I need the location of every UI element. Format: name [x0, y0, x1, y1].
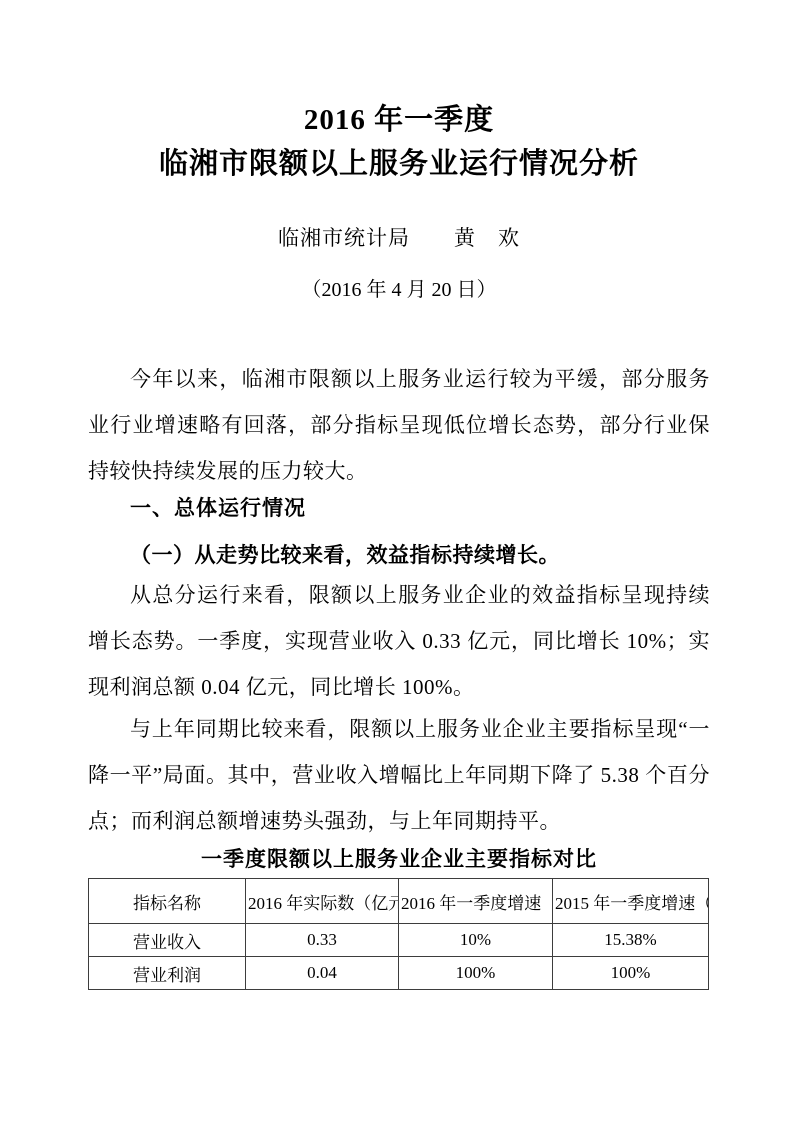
table-cell: 10%	[399, 924, 553, 957]
table-cell: 0.33	[246, 924, 399, 957]
table-cell: 营业利润	[89, 957, 246, 990]
paragraph-yoy-comparison: 与上年同期比较来看，限额以上服务业企业主要指标呈现“一降一平”局面。其中，营业收…	[88, 706, 710, 844]
table-header-row: 指标名称 2016 年实际数（亿元） 2016 年一季度增速（%） 2015 年…	[89, 879, 709, 924]
table-header-actual-2016: 2016 年实际数（亿元）	[246, 879, 399, 924]
date-line: （2016 年 4 月 20 日）	[88, 278, 710, 302]
table-header-indicator-name: 指标名称	[89, 879, 246, 924]
table-cell: 0.04	[246, 957, 399, 990]
table-row-profit: 营业利润 0.04 100% 100%	[89, 957, 709, 990]
table-cell: 100%	[553, 957, 709, 990]
paragraph-benefit-indicators: 从总分运行来看，限额以上服务业企业的效益指标呈现持续增长态势。一季度，实现营业收…	[88, 572, 710, 710]
title-block: 2016 年一季度 临湘市限额以上服务业运行情况分析	[88, 98, 710, 186]
paragraph-intro: 今年以来，临湘市限额以上服务业运行较为平缓，部分服务业行业增速略有回落，部分指标…	[88, 356, 710, 494]
indicators-table: 指标名称 2016 年实际数（亿元） 2016 年一季度增速（%） 2015 年…	[88, 878, 709, 990]
table-header-growth-2016: 2016 年一季度增速（%）	[399, 879, 553, 924]
table-header-growth-2015: 2015 年一季度增速（%）	[553, 879, 709, 924]
doc-title-line2: 临湘市限额以上服务业运行情况分析	[88, 142, 710, 186]
table-cell: 15.38%	[553, 924, 709, 957]
section-1-heading: 一、总体运行情况	[88, 486, 710, 532]
table-cell: 100%	[399, 957, 553, 990]
byline: 临湘市统计局 黄 欢	[88, 226, 710, 250]
table-row-revenue: 营业收入 0.33 10% 15.38%	[89, 924, 709, 957]
table-cell: 营业收入	[89, 924, 246, 957]
doc-title-line1: 2016 年一季度	[88, 98, 710, 142]
document-page: 2016 年一季度 临湘市限额以上服务业运行情况分析 临湘市统计局 黄 欢 （2…	[0, 0, 793, 1122]
table-title: 一季度限额以上服务业企业主要指标对比	[88, 844, 710, 874]
